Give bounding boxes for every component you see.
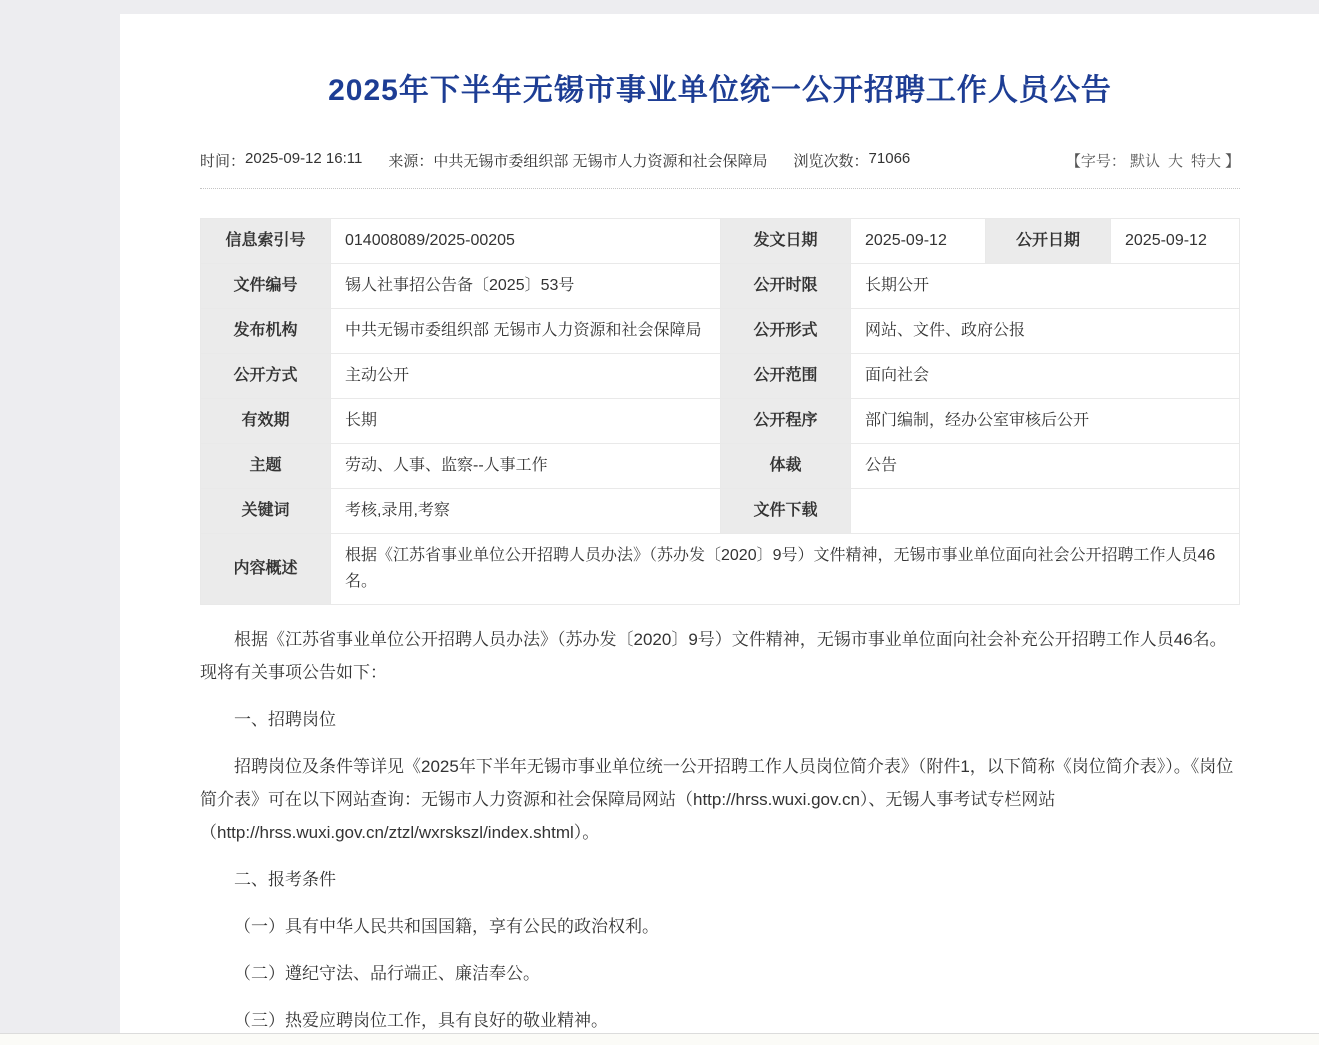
info-label-publicity-period: 公开时限 — [721, 264, 851, 309]
section-heading-recruitment-positions: 一、招聘岗位 — [200, 703, 1240, 736]
info-value-publicity-method: 主动公开 — [331, 354, 721, 399]
info-value-file-download — [851, 489, 1240, 534]
table-row: 有效期 长期 公开程序 部门编制，经办公室审核后公开 — [201, 399, 1240, 444]
paragraph-requirement-3: （三）热爱应聘岗位工作，具有良好的敬业精神。 — [200, 1004, 1240, 1033]
info-value-publicity-period: 长期公开 — [851, 264, 1240, 309]
dotted-divider — [200, 188, 1240, 189]
meta-source-value: 中共无锡市委组织部 无锡市人力资源和社会保障局 — [433, 150, 767, 171]
table-row: 内容概述 根据《江苏省事业单位公开招聘人员办法》（苏办发〔2020〕9号）文件精… — [201, 534, 1240, 605]
info-label-content-summary: 内容概述 — [201, 534, 331, 605]
info-value-index-number: 014008089/2025-00205 — [331, 219, 721, 264]
font-size-control: 【字号：默认大特大】 — [1066, 150, 1240, 171]
info-label-validity: 有效期 — [201, 399, 331, 444]
table-row: 信息索引号 014008089/2025-00205 发文日期 2025-09-… — [201, 219, 1240, 264]
info-label-publicity-form: 公开形式 — [721, 309, 851, 354]
info-value-keywords: 考核,录用,考察 — [331, 489, 721, 534]
meta-time-label: 时间： — [200, 150, 245, 171]
info-value-issue-date: 2025-09-12 — [851, 219, 986, 264]
font-size-option-default[interactable]: 默认 — [1130, 153, 1160, 170]
info-label-publish-date: 公开日期 — [986, 219, 1111, 264]
info-label-publicity-procedure: 公开程序 — [721, 399, 851, 444]
info-value-publicity-form: 网站、文件、政府公报 — [851, 309, 1240, 354]
table-row: 关键词 考核,录用,考察 文件下载 — [201, 489, 1240, 534]
announcement-card: 2025年下半年无锡市事业单位统一公开招聘工作人员公告 时间： 2025-09-… — [120, 14, 1319, 1033]
table-row: 文件编号 锡人社事招公告备〔2025〕53号 公开时限 长期公开 — [201, 264, 1240, 309]
meta-views-label: 浏览次数： — [794, 150, 869, 171]
table-row: 公开方式 主动公开 公开范围 面向社会 — [201, 354, 1240, 399]
info-label-keywords: 关键词 — [201, 489, 331, 534]
info-value-publish-date: 2025-09-12 — [1111, 219, 1240, 264]
paragraph-requirement-2: （二）遵纪守法、品行端正、廉洁奉公。 — [200, 957, 1240, 990]
document-info-table: 信息索引号 014008089/2025-00205 发文日期 2025-09-… — [200, 218, 1240, 605]
font-size-option-xlarge[interactable]: 特大 — [1191, 153, 1221, 170]
announcement-body: 根据《江苏省事业单位公开招聘人员办法》（苏办发〔2020〕9号）文件精神，无锡市… — [200, 623, 1240, 1033]
meta-time: 时间： 2025-09-12 16:11 — [200, 150, 362, 171]
font-size-prefix: 【字号： — [1066, 153, 1126, 170]
info-label-genre: 体裁 — [721, 444, 851, 489]
info-value-publicity-procedure: 部门编制，经办公室审核后公开 — [851, 399, 1240, 444]
info-label-topic: 主题 — [201, 444, 331, 489]
info-value-issuing-agency: 中共无锡市委组织部 无锡市人力资源和社会保障局 — [331, 309, 721, 354]
info-value-doc-number: 锡人社事招公告备〔2025〕53号 — [331, 264, 721, 309]
meta-bar: 时间： 2025-09-12 16:11 来源： 中共无锡市委组织部 无锡市人力… — [200, 150, 1240, 171]
info-value-content-summary: 根据《江苏省事业单位公开招聘人员办法》（苏办发〔2020〕9号）文件精神，无锡市… — [331, 534, 1240, 605]
meta-time-value: 2025-09-12 16:11 — [245, 150, 362, 171]
info-label-publicity-scope: 公开范围 — [721, 354, 851, 399]
font-size-suffix: 】 — [1225, 153, 1240, 170]
font-size-option-large[interactable]: 大 — [1168, 153, 1183, 170]
info-value-publicity-scope: 面向社会 — [851, 354, 1240, 399]
horizontal-scrollbar-track[interactable] — [0, 1033, 1319, 1045]
info-label-publicity-method: 公开方式 — [201, 354, 331, 399]
info-label-issuing-agency: 发布机构 — [201, 309, 331, 354]
info-label-index-number: 信息索引号 — [201, 219, 331, 264]
page-title: 2025年下半年无锡市事业单位统一公开招聘工作人员公告 — [200, 72, 1240, 110]
section-heading-application-requirements: 二、报考条件 — [200, 863, 1240, 896]
meta-views-value: 71066 — [869, 150, 911, 171]
info-value-genre: 公告 — [851, 444, 1240, 489]
info-label-doc-number: 文件编号 — [201, 264, 331, 309]
paragraph-positions-detail: 招聘岗位及条件等详见《2025年下半年无锡市事业单位统一公开招聘工作人员岗位简介… — [200, 750, 1240, 849]
table-row: 主题 劳动、人事、监察--人事工作 体裁 公告 — [201, 444, 1240, 489]
info-label-file-download: 文件下载 — [721, 489, 851, 534]
meta-source-label: 来源： — [388, 150, 433, 171]
meta-views: 浏览次数： 71066 — [794, 150, 911, 171]
paragraph-requirement-1: （一）具有中华人民共和国国籍，享有公民的政治权利。 — [200, 910, 1240, 943]
info-label-issue-date: 发文日期 — [721, 219, 851, 264]
info-value-validity: 长期 — [331, 399, 721, 444]
table-row: 发布机构 中共无锡市委组织部 无锡市人力资源和社会保障局 公开形式 网站、文件、… — [201, 309, 1240, 354]
meta-source: 来源： 中共无锡市委组织部 无锡市人力资源和社会保障局 — [388, 150, 767, 171]
paragraph-intro: 根据《江苏省事业单位公开招聘人员办法》（苏办发〔2020〕9号）文件精神，无锡市… — [200, 623, 1240, 689]
info-value-topic: 劳动、人事、监察--人事工作 — [331, 444, 721, 489]
